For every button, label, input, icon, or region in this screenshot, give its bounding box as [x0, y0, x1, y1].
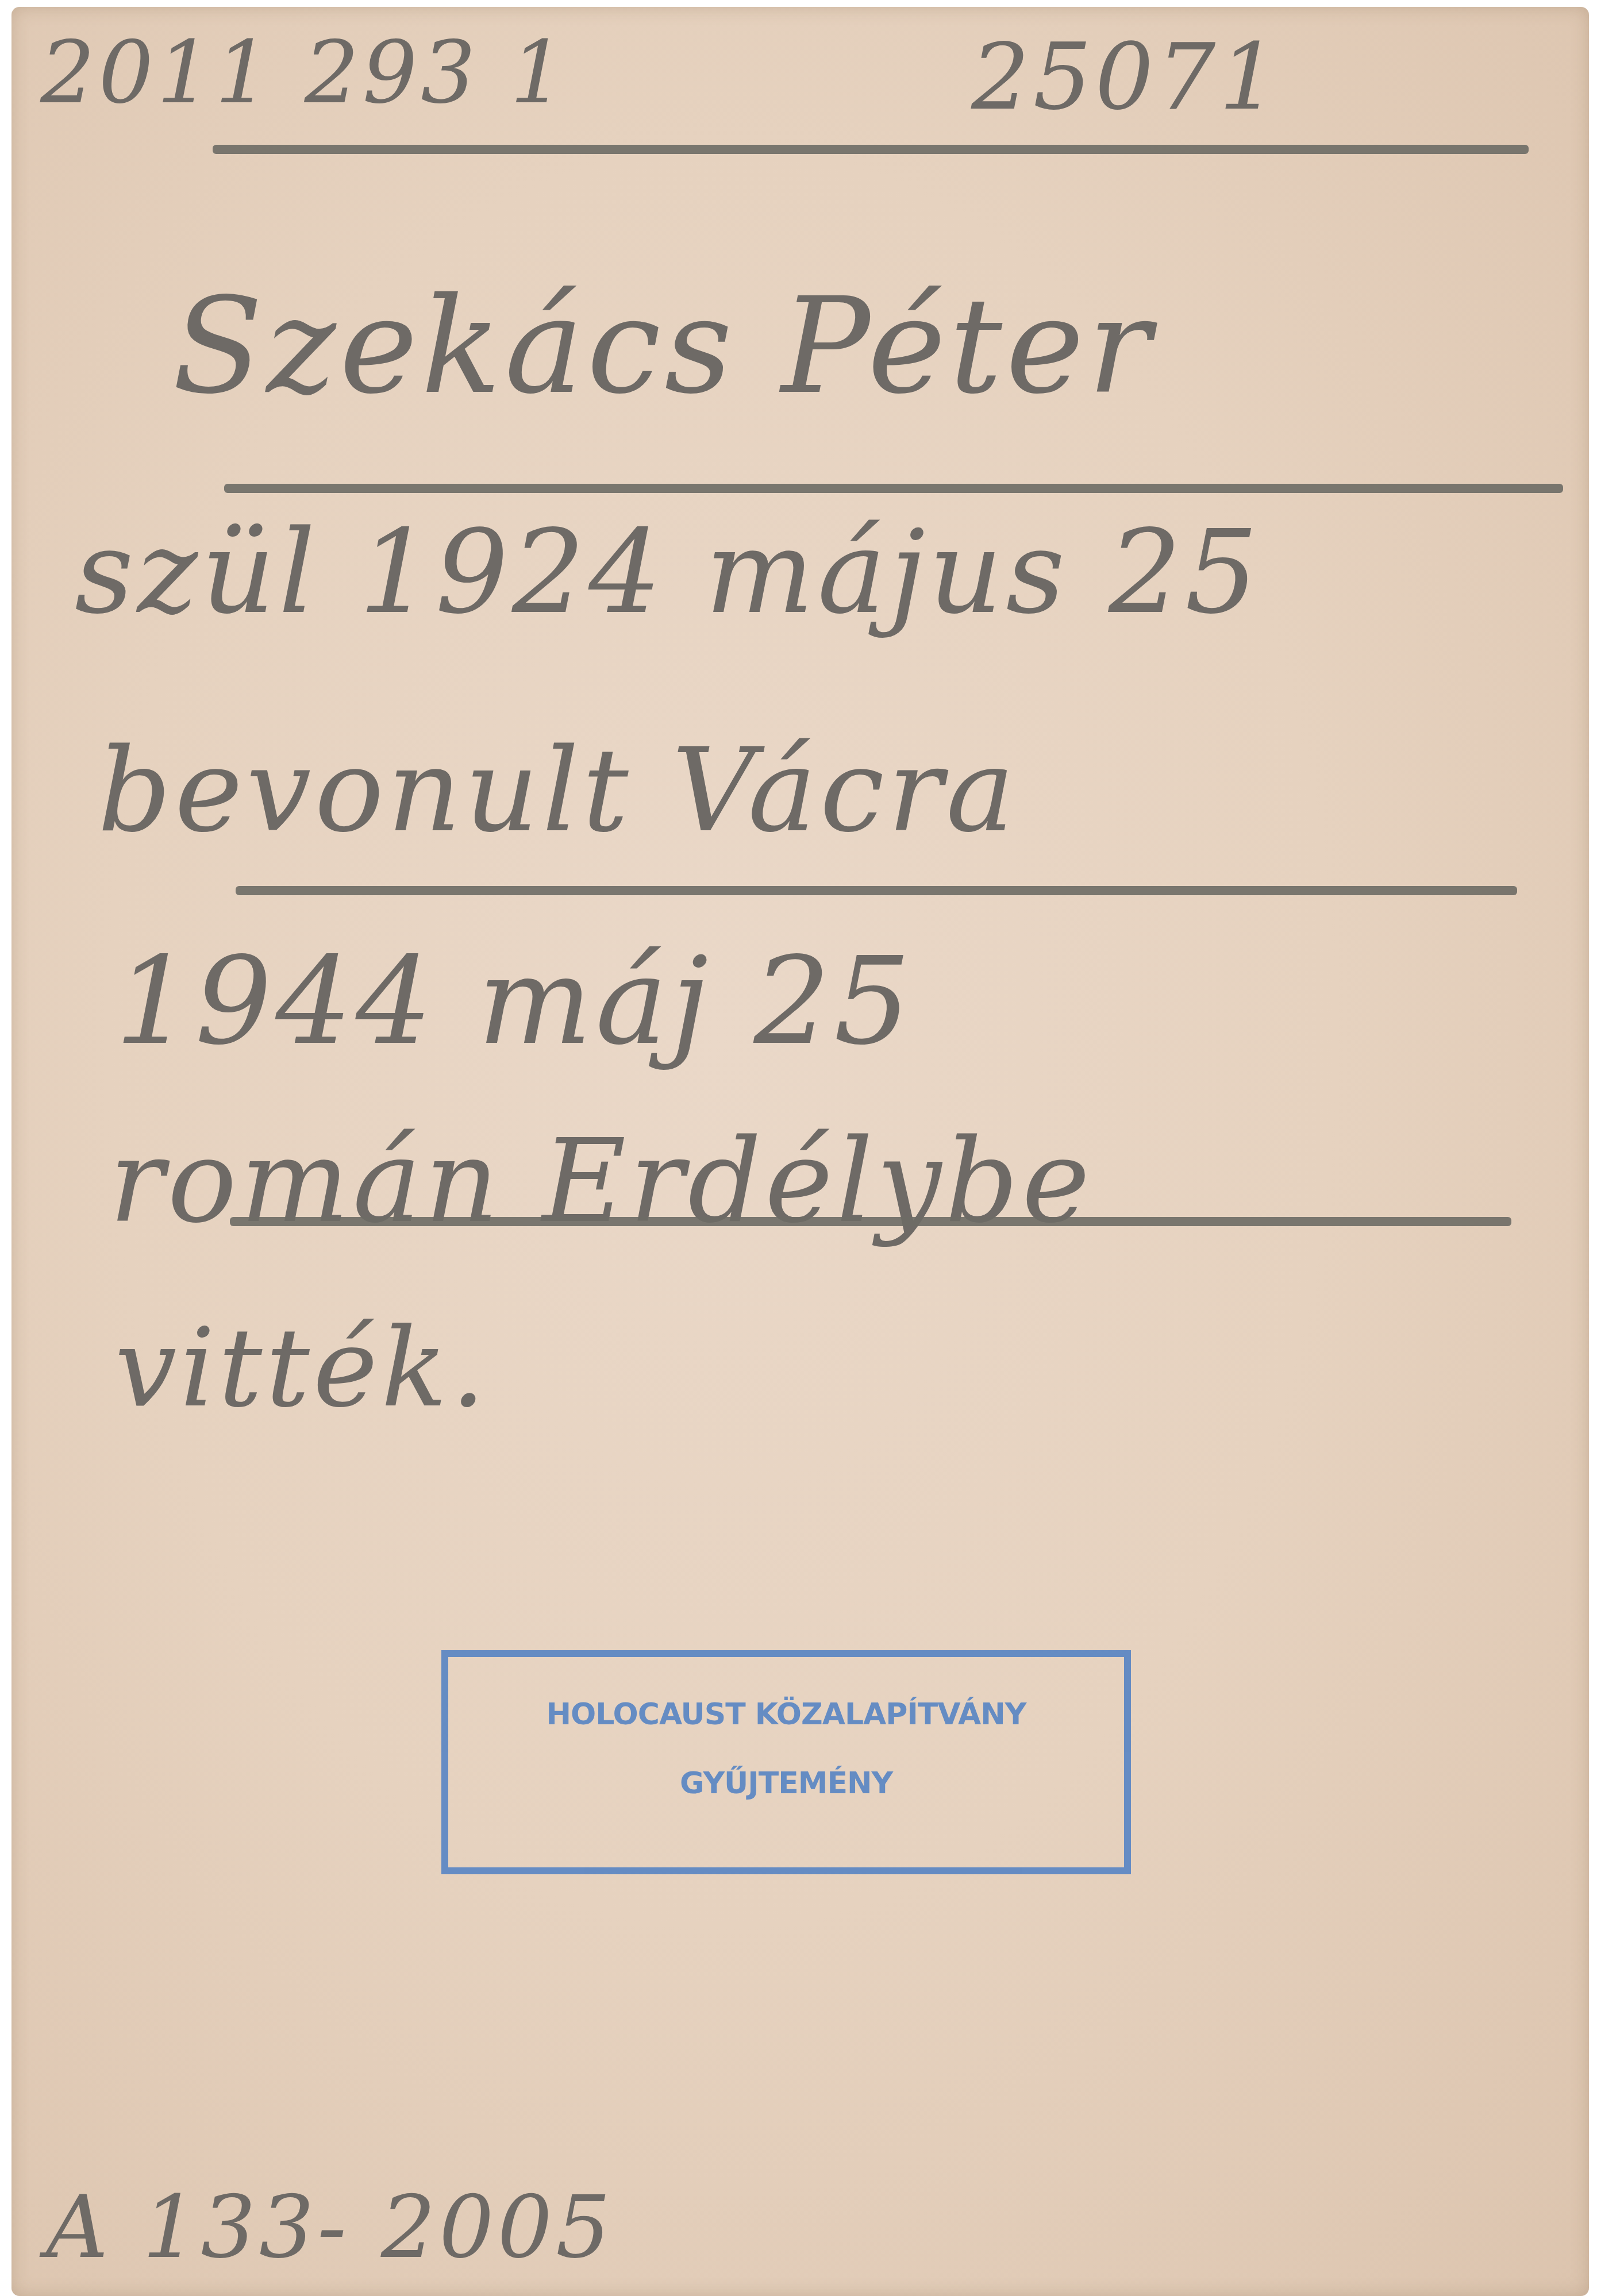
stamp-line-1: HOLOCAUST KÖZALAPÍTVÁNY — [448, 1697, 1124, 1732]
inventory-number-left: 2011 293 1 — [40, 23, 568, 123]
collection-stamp: HOLOCAUST KÖZALAPÍTVÁNY GYŰJTEMÉNY — [441, 1650, 1131, 1874]
inscription-birth: szül 1924 május 25 — [75, 506, 1261, 640]
divider-line — [213, 145, 1529, 154]
inscription-taken: vitték. — [115, 1304, 489, 1431]
divider-line — [224, 484, 1563, 493]
inscription-destination: román Erdélybe — [109, 1115, 1094, 1249]
inscription-enlisted: bevonult Vácra — [98, 724, 1018, 858]
inventory-number-right: 25071 — [971, 23, 1281, 130]
divider-line — [230, 1217, 1511, 1226]
stamp-line-2: GYŰJTEMÉNY — [448, 1766, 1124, 1801]
catalog-number: A 133- 2005 — [46, 2178, 614, 2278]
divider-line — [236, 886, 1517, 895]
inscription-name: Szekács Péter — [172, 270, 1154, 423]
inscription-date: 1944 máj 25 — [115, 931, 914, 1072]
